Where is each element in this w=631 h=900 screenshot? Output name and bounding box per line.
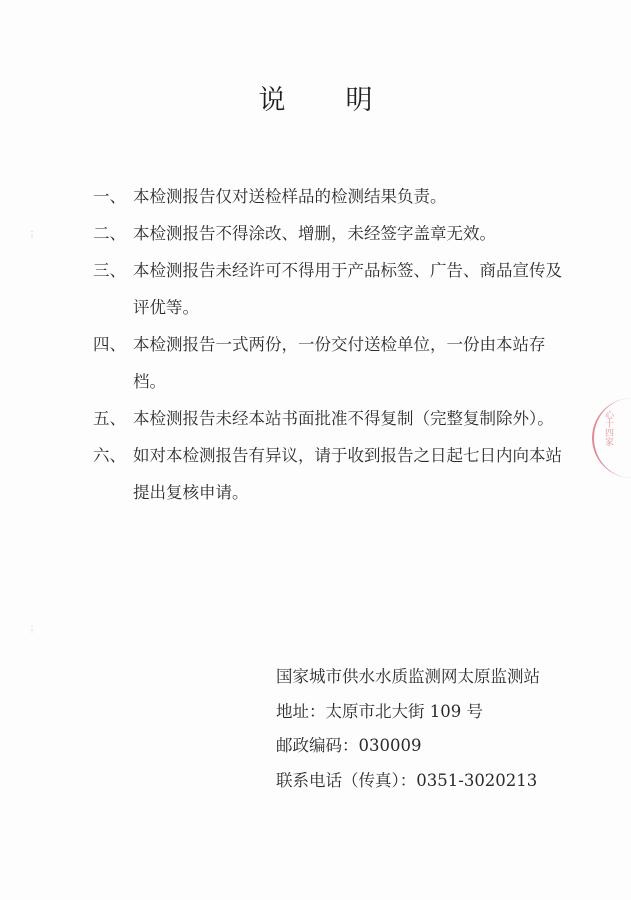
list-item: 三、本检测报告未经许可不得用于产品标签、广告、商品宣传及评优等。 xyxy=(93,252,573,326)
organization-name: 国家城市供水水质监测网太原监测站 xyxy=(276,660,540,695)
list-item: 二、本检测报告不得涂改、增删，未经签字盖章无效。 xyxy=(93,215,573,252)
page-title: 说明 xyxy=(0,78,631,117)
list-item: 六、如对本检测报告有异议，请于收到报告之日起七日内向本站提出复核申请。 xyxy=(93,437,573,511)
phone: 联系电话（传真）：0351-3020213 xyxy=(276,764,540,799)
list-item: 四、本检测报告一式两份，一份交付送检单位，一份由本站存档。 xyxy=(93,326,573,400)
scan-mark: ⋮ xyxy=(28,625,36,634)
title-char-1: 说 xyxy=(259,78,286,117)
seal-stamp-text: 心十四家 xyxy=(602,410,615,446)
scan-mark: ⋮ xyxy=(28,230,36,239)
address: 地址：太原市北大街 109 号 xyxy=(276,695,540,730)
postal-code: 邮政编码：030009 xyxy=(276,729,540,764)
footer-contact: 国家城市供水水质监测网太原监测站 地址：太原市北大街 109 号 邮政编码：03… xyxy=(276,660,540,798)
title-char-2: 明 xyxy=(346,78,373,117)
list-item: 五、本检测报告未经本站书面批准不得复制（完整复制除外）。 xyxy=(93,400,603,437)
list-item: 一、本检测报告仅对送检样品的检测结果负责。 xyxy=(93,178,573,215)
